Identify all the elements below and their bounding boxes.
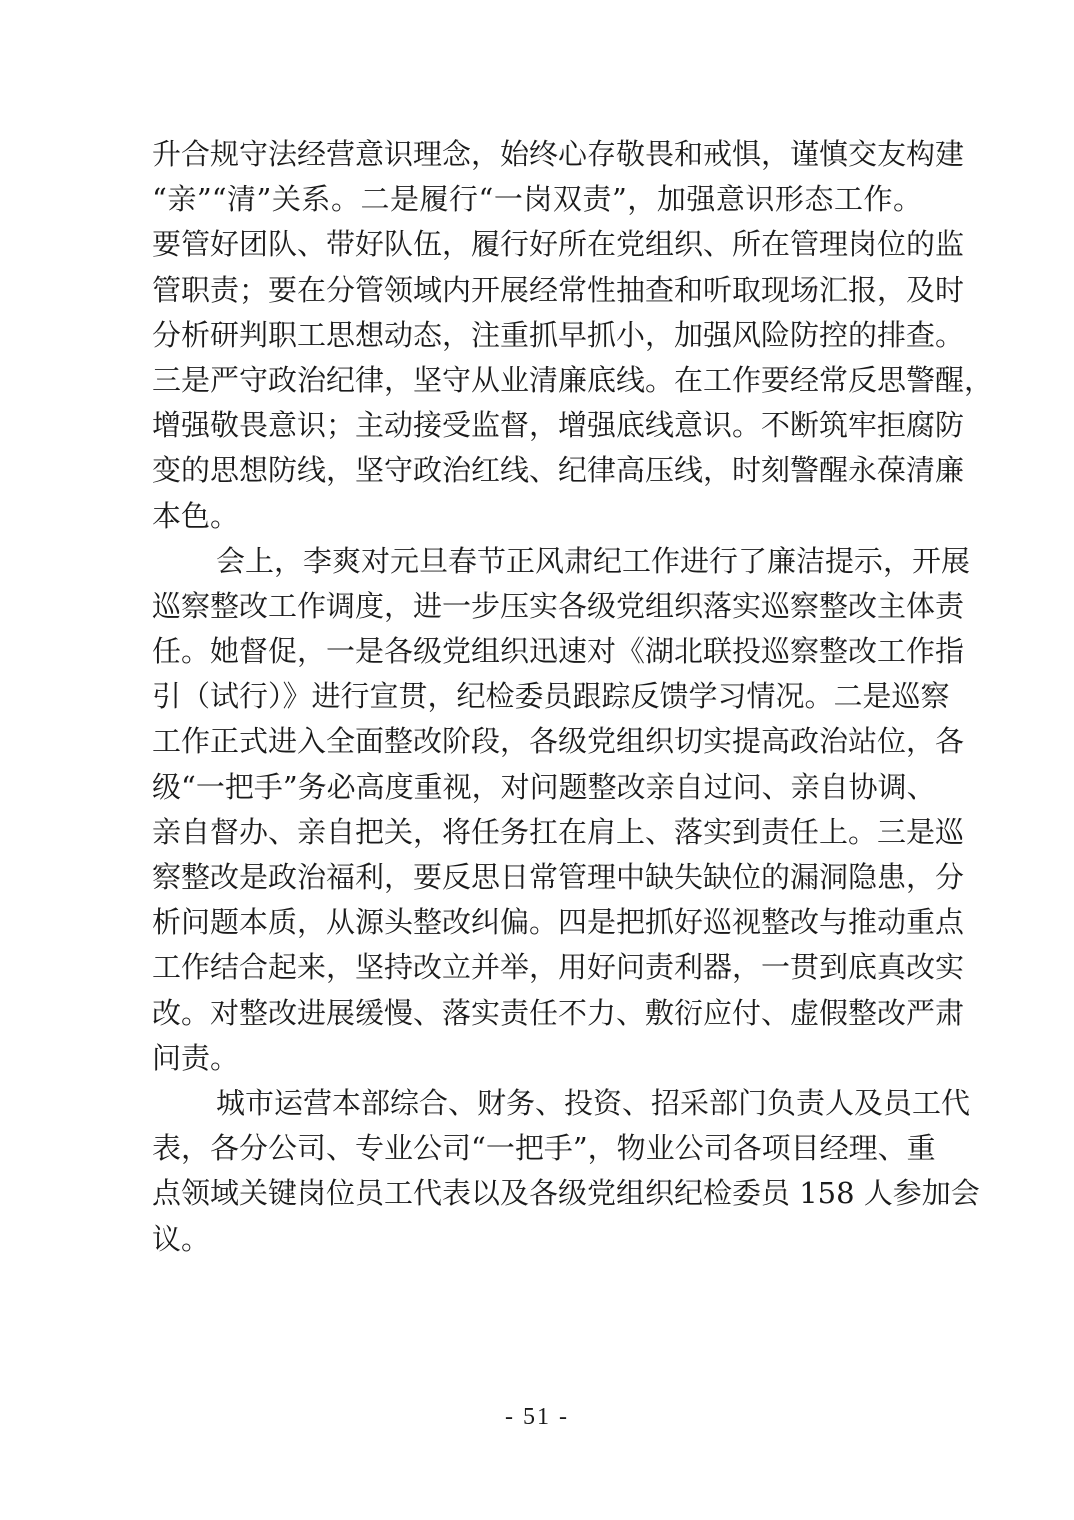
text-line: 任。她督促，一是各级党组织迅速对《湖北联投巡察整改工作指 xyxy=(152,629,922,674)
page-number: - 51 - xyxy=(0,1404,1074,1431)
text-line: “亲”“清”关系。二是履行“一岗双责”，加强意识形态工作。 xyxy=(152,177,922,222)
text-line: 增强敬畏意识；主动接受监督，增强底线意识。不断筑牢拒腐防 xyxy=(152,403,922,448)
text-line: 三是严守政治纪律，坚守从业清廉底线。在工作要经常反思警醒， xyxy=(152,358,922,403)
paragraph-3: 城市运营本部综合、财务、投资、招采部门负责人及员工代 表，各分公司、专业公司“一… xyxy=(152,1081,922,1262)
text-line: 本色。 xyxy=(152,494,922,539)
text-line: 议。 xyxy=(152,1217,922,1262)
text-line: 改。对整改进展缓慢、落实责任不力、敷衍应付、虚假整改严肃 xyxy=(152,991,922,1036)
text-line: 分析研判职工思想动态，注重抓早抓小，加强风险防控的排查。 xyxy=(152,313,922,358)
text-line: 升合规守法经营意识理念，始终心存敬畏和戒惧，谨慎交友构建 xyxy=(152,132,922,177)
text-line: 察整改是政治福利，要反思日常管理中缺失缺位的漏洞隐患，分 xyxy=(152,855,922,900)
text-line: 会上，李爽对元旦春节正风肃纪工作进行了廉洁提示，开展 xyxy=(152,539,922,584)
text-line: 工作正式进入全面整改阶段，各级党组织切实提高政治站位，各 xyxy=(152,719,922,764)
text-line: 管职责；要在分管领域内开展经常性抽查和听取现场汇报，及时 xyxy=(152,268,922,313)
document-body: 升合规守法经营意识理念，始终心存敬畏和戒惧，谨慎交友构建 “亲”“清”关系。二是… xyxy=(152,132,922,1262)
text-line: 亲自督办、亲自把关，将任务扛在肩上、落实到责任上。三是巡 xyxy=(152,810,922,855)
text-line: 析问题本质，从源头整改纠偏。四是把抓好巡视整改与推动重点 xyxy=(152,900,922,945)
text-line: 要管好团队、带好队伍，履行好所在党组织、所在管理岗位的监 xyxy=(152,222,922,267)
text-line: 点领域关键岗位员工代表以及各级党组织纪检委员 158 人参加会 xyxy=(152,1171,922,1216)
text-line: 表，各分公司、专业公司“一把手”，物业公司各项目经理、重 xyxy=(152,1126,922,1171)
text-line: 工作结合起来，坚持改立并举，用好问责利器，一贯到底真改实 xyxy=(152,945,922,990)
text-line: 变的思想防线，坚守政治红线、纪律高压线，时刻警醒永葆清廉 xyxy=(152,448,922,493)
text-line: 巡察整改工作调度，进一步压实各级党组织落实巡察整改主体责 xyxy=(152,584,922,629)
paragraph-1: 升合规守法经营意识理念，始终心存敬畏和戒惧，谨慎交友构建 “亲”“清”关系。二是… xyxy=(152,132,922,539)
text-line: 级“一把手”务必高度重视，对问题整改亲自过问、亲自协调、 xyxy=(152,765,922,810)
paragraph-2: 会上，李爽对元旦春节正风肃纪工作进行了廉洁提示，开展 巡察整改工作调度，进一步压… xyxy=(152,539,922,1081)
text-line: 问责。 xyxy=(152,1036,922,1081)
text-line: 引（试行）》进行宣贯，纪检委员跟踪反馈学习情况。二是巡察 xyxy=(152,674,922,719)
text-line: 城市运营本部综合、财务、投资、招采部门负责人及员工代 xyxy=(152,1081,922,1126)
